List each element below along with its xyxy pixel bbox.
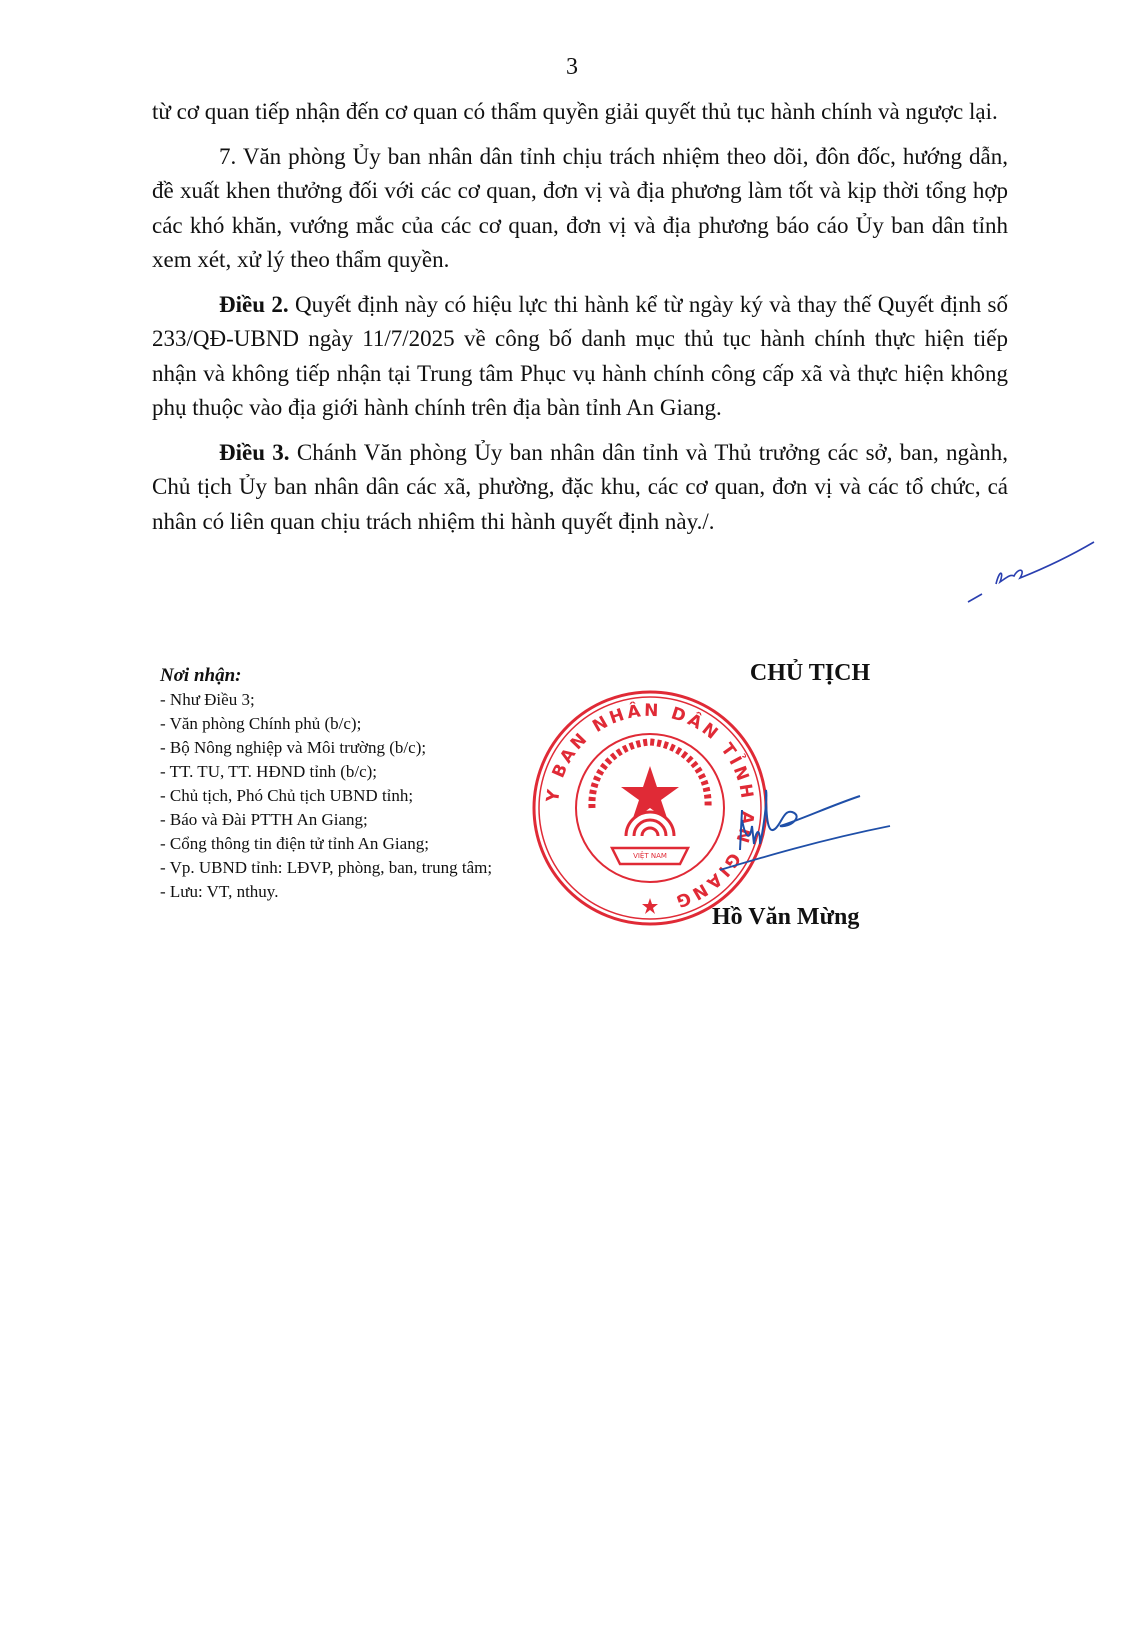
recipient-item: - Vp. UBND tỉnh: LĐVP, phòng, ban, trung…: [160, 856, 540, 880]
recipient-item: - Lưu: VT, nthuy.: [160, 880, 540, 904]
handwritten-signature-icon: [720, 740, 900, 880]
recipient-item: - Văn phòng Chính phủ (b/c);: [160, 712, 540, 736]
recipients-block: Nơi nhận: - Như Điều 3; - Văn phòng Chín…: [160, 664, 540, 904]
article-2-label: Điều 2.: [219, 292, 289, 317]
recipient-item: - Bộ Nông nghiệp và Môi trường (b/c);: [160, 736, 540, 760]
signer-title: CHỦ TỊCH: [690, 660, 930, 687]
recipient-item: - Chủ tịch, Phó Chủ tịch UBND tỉnh;: [160, 784, 540, 808]
recipient-item: - TT. TU, TT. HĐND tỉnh (b/c);: [160, 760, 540, 784]
item-7-paragraph: 7. Văn phòng Ủy ban nhân dân tỉnh chịu t…: [152, 140, 1008, 278]
recipient-item: - Như Điều 3;: [160, 688, 540, 712]
article-3-paragraph: Điều 3. Chánh Văn phòng Ủy ban nhân dân …: [152, 436, 1008, 540]
signature-block: CHỦ TỊCH: [690, 660, 930, 687]
recipient-item: - Báo và Đài PTTH An Giang;: [160, 808, 540, 832]
article-3-label: Điều 3.: [219, 440, 290, 465]
page-number: 3: [0, 54, 1144, 81]
recipients-title: Nơi nhận:: [160, 664, 540, 688]
continuation-paragraph: từ cơ quan tiếp nhận đến cơ quan có thẩm…: [152, 95, 1008, 130]
document-body: từ cơ quan tiếp nhận đến cơ quan có thẩm…: [152, 95, 1008, 549]
seal-emblem-text: VIỆT NAM: [633, 851, 667, 860]
signer-name: Hồ Văn Mừng: [712, 904, 859, 931]
recipient-item: - Cổng thông tin điện tử tỉnh An Giang;: [160, 832, 540, 856]
initial-mark-icon: [960, 538, 1100, 608]
article-2-paragraph: Điều 2. Quyết định này có hiệu lực thi h…: [152, 288, 1008, 426]
